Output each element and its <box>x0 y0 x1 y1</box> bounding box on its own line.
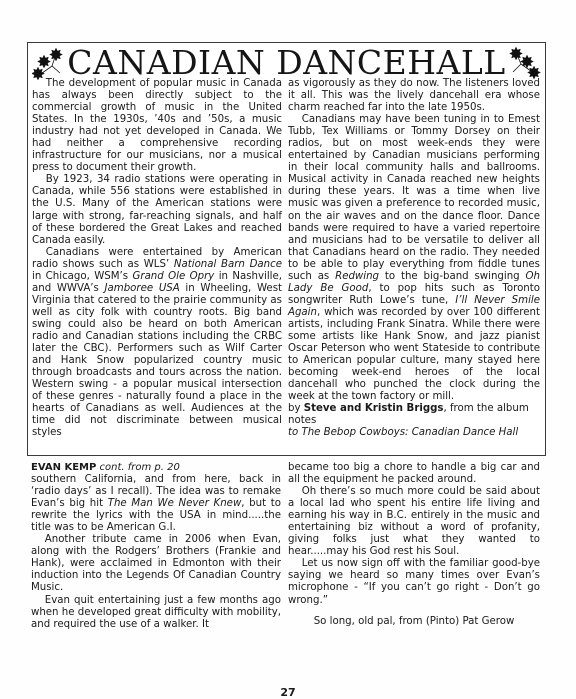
maple-leaf-sprig-icon <box>507 46 541 80</box>
article-title: CANADIAN DANCEHALL <box>28 45 545 81</box>
paragraph: Evan quit entertaining just a few months… <box>31 595 281 631</box>
paragraph: The development of popular music in Cana… <box>32 78 282 174</box>
byline: by Steve and Kristin Briggs, from the al… <box>288 403 540 439</box>
paragraph: Another tribute came in 2006 when Evan, … <box>31 534 281 594</box>
continuation-column-1: EVAN KEMP cont. from p. 20 southern Cali… <box>31 462 281 631</box>
article-box: CANADIAN DANCEHALL The development of po… <box>27 42 546 456</box>
paragraph: became too big a chore to handle a big c… <box>288 462 540 486</box>
paragraph: as vigorously as they do now. The listen… <box>288 78 540 114</box>
paragraph: southern California, and from here, back… <box>31 474 281 534</box>
paragraph: Canadians may have been tuning in to Eme… <box>288 114 540 403</box>
article-column-1: The development of popular music in Cana… <box>32 78 282 439</box>
continuation-heading: EVAN KEMP cont. from p. 20 <box>31 462 281 474</box>
page-number: 27 <box>0 686 576 699</box>
title-row: CANADIAN DANCEHALL <box>28 43 545 81</box>
article-column-2: as vigorously as they do now. The listen… <box>288 78 540 439</box>
paragraph: By 1923, 34 radio stations were operatin… <box>32 174 282 246</box>
byline-authors: Steve and Kristin Briggs <box>304 403 444 414</box>
show-title: Grand Ole Opry <box>132 271 214 282</box>
continuation-column-2: became too big a chore to handle a big c… <box>288 462 540 628</box>
show-title: Jamboree USA <box>105 283 180 294</box>
song-title: Redwing <box>335 271 379 282</box>
paragraph: Canadians were entertained by American r… <box>32 247 282 440</box>
paragraph: Oh there’s so much more could be said ab… <box>288 486 540 558</box>
show-title: National Barn Dance <box>174 259 282 270</box>
paragraph: Let us now sign off with the familiar go… <box>288 558 540 606</box>
signoff: So long, old pal, from (Pinto) Pat Gerow <box>288 616 540 628</box>
song-title: The Man We Never Knew <box>108 498 242 509</box>
byline-source: to The Bebop Cowboys: Canadian Dance Hal… <box>288 427 518 438</box>
